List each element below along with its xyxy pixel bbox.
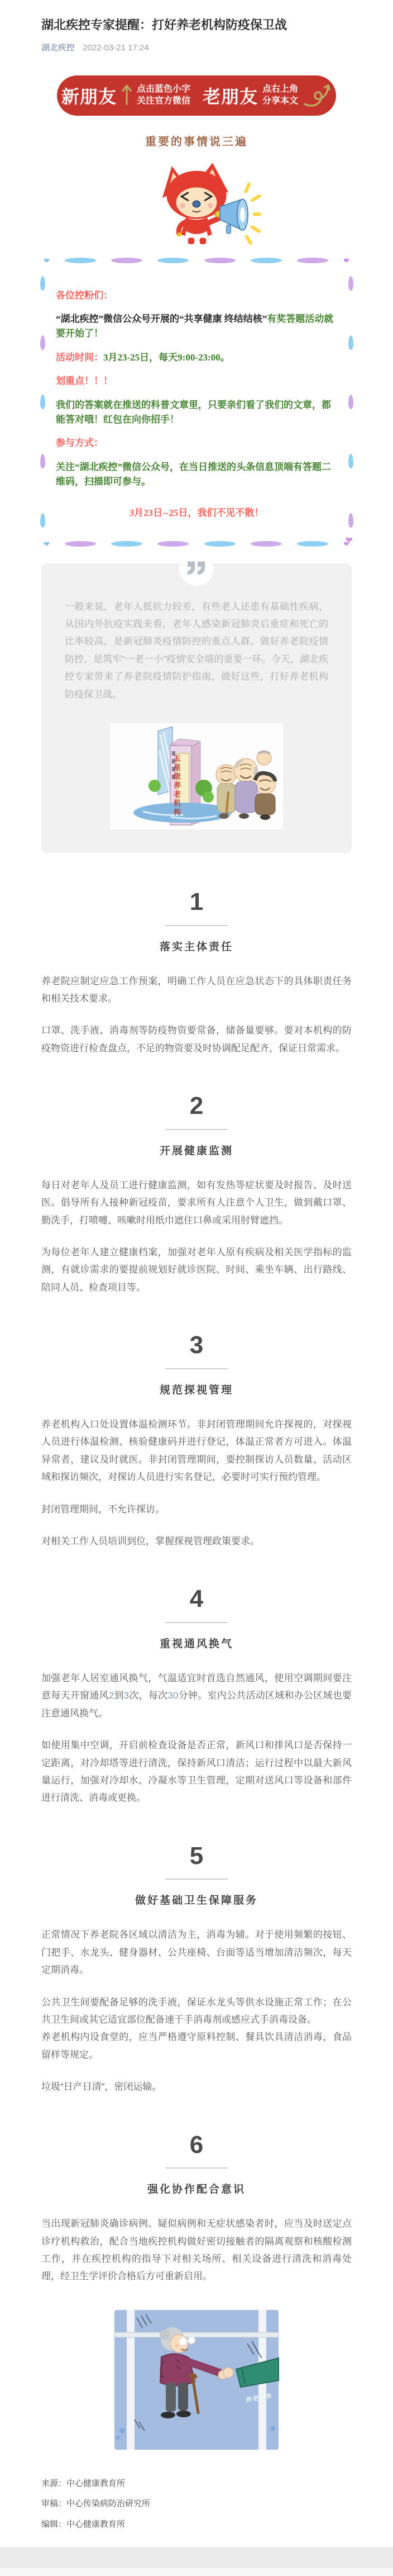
section-heading: 做好基础卫生保障服务 (0, 1892, 393, 1907)
section-6: 6 强化协作配合意识 当出现新冠肺炎确诊病例、疑似病例和无症状感染者时，应当及时… (0, 2132, 393, 2285)
article-meta: 湖北疾控 2022-03-21 17:24 (41, 41, 352, 53)
section-divider (165, 2167, 228, 2169)
up-arrow-icon (121, 82, 132, 109)
publish-date: 2022-03-21 17:24 (83, 43, 148, 53)
announcement-greeting: 各位控粉们： (56, 288, 337, 303)
credit-editor: 编辑：中心健康教育所 (41, 2517, 352, 2533)
banner-new-tip: 点击蓝色小字 关注官方微信 (137, 84, 190, 107)
border-decoration-bottom: ❤ ❤ (44, 540, 349, 548)
follow-banner[interactable]: 新朋友 点击蓝色小字 关注官方微信 老朋友 点右上角 分享本文 (57, 75, 336, 116)
section-number: 3 (0, 1332, 393, 1359)
share-swirl-arrow-icon (303, 79, 332, 111)
section-heading: 落实主体责任 (0, 938, 393, 953)
paragraph: 当出现新冠肺炎确诊病例、疑似病例和无症状感染者时，应当及时送定点诊疗机构救治，配… (41, 2215, 352, 2285)
fox-megaphone-illustration (132, 151, 261, 245)
quote-block: 一般来说，老年人抵抗力较差，有些老人还患有基础性疾病，从国内外抗疫实践来看，老年… (0, 563, 393, 853)
banner-old-tip: 点右上角 分享本文 (262, 84, 298, 107)
section-number: 2 (0, 1093, 393, 1119)
article-page: 湖北疾控专家提醒：打好养老机构防疫保卫战 湖北疾控 2022-03-21 17:… (0, 0, 393, 2576)
quote-box: 一般来说，老年人抵抗力较差，有些老人还患有基础性疾病，从国内外抗疫实践来看，老年… (41, 563, 352, 853)
section-5: 5 做好基础卫生保障服务 正常情况下养老院各区域以清洁为主，消毒为辅。对于使用频… (0, 1843, 393, 2096)
elder-service-illustration: 养老服务 (110, 2310, 283, 2452)
paragraph: 如使用集中空调，开启前检查设备是否正常，新风口和排风口是否保持一定距离，对冷却塔… (41, 1737, 352, 1807)
credit-source: 来源：中心健康教育所 (41, 2476, 352, 2492)
credit-review: 审稿：中心传染病防治研究所 (41, 2496, 352, 2512)
nursing-home-sign-text: 五星级养老机构 (171, 755, 181, 820)
page-title: 湖北疾控专家提醒：打好养老机构防疫保卫战 (41, 17, 352, 34)
section-divider (165, 1129, 228, 1130)
section-heading: 开展健康监测 (0, 1142, 393, 1157)
paragraph: 养老院应制定应急工作预案，明确工作人员在应急状态下的具体职责任务和相关技术要求。 (41, 972, 352, 1008)
section-heading: 重视通风换气 (0, 1635, 393, 1650)
paragraph: 养老机构入口处设置体温检测环节。非封闭管理期间允许探视的，对探视人员进行体温检测… (41, 1416, 352, 1486)
section-divider (165, 925, 228, 926)
section-heading: 强化协作配合意识 (0, 2181, 393, 2196)
paragraph: 每日对老年人及员工进行健康监测，如有发热等症状要及时报告、及时送医。倡导所有人接… (41, 1176, 352, 1229)
announcement-intro: “湖北疾控”微信公众号开展的“共享健康 终结结核”有奖答题活动就要开始了！ (56, 312, 337, 341)
announcement-participate: 关注“湖北疾控”微信公众号，在当日推送的头条信息顶端有答题二维码，扫描即可参与。 (56, 460, 337, 490)
section-heading: 规范探视管理 (0, 1382, 393, 1397)
account-link[interactable]: 湖北疾控 (41, 43, 75, 53)
paragraph: 正常情况下养老院各区域以清洁为主，消毒为辅。对于使用频繁的按钮、门把手、水龙头、… (41, 1926, 352, 1979)
section-4: 4 重视通风换气 加强老年人居室通风换气，气温适宜时首选自然通风，使用空调期间要… (0, 1586, 393, 1806)
border-decoration-right (347, 276, 354, 528)
quote-icon (179, 551, 214, 586)
paragraph: 对相关工作人员培训到位，掌握探视管理政策要求。 (41, 1533, 352, 1550)
banner-new-friends-label: 新朋友 (61, 83, 117, 108)
bottom-gray-band (0, 2547, 393, 2568)
quote-text: 一般来说，老年人抵抗力较差，有些老人还患有基础性疾病，从国内外抗疫实践来看，老年… (65, 598, 328, 704)
mascot-caption: 重要的事情说三遍 (0, 132, 393, 149)
section-1: 1 落实主体责任 养老院应制定应急工作预案，明确工作人员在应急状态下的具体职责任… (0, 889, 393, 1057)
section-number: 1 (0, 889, 393, 915)
section-2: 2 开展健康监测 每日对老年人及员工进行健康监测，如有发热等症状要及时报告、及时… (0, 1093, 393, 1296)
section-number: 5 (0, 1843, 393, 1870)
article-header: 湖北疾控专家提醒：打好养老机构防疫保卫战 湖北疾控 2022-03-21 17:… (41, 0, 352, 53)
article-footer: 来源：中心健康教育所 审稿：中心传染病防治研究所 编辑：中心健康教育所 (41, 2476, 352, 2533)
bottom-light-band (0, 2568, 393, 2576)
section-number: 4 (0, 1586, 393, 1612)
paragraph: 封闭管理期间，不允许探访。 (41, 1501, 352, 1518)
border-decoration-left (39, 276, 46, 528)
activity-announcement-box: ❤ ❤ ❤ (41, 259, 352, 544)
paragraph: 加强老年人居室通风换气，气温适宜时首选自然通风，使用空调期间要注意每天开窗通风2… (41, 1669, 352, 1722)
corner-heart-decoration: ❤ (346, 537, 353, 545)
paragraph: 为每位老年人建立健康档案，加强对老年人原有疾病及相关医学指标的监测，有就诊需求的… (41, 1244, 352, 1296)
announcement-highlight: 划重点！！！ (56, 374, 337, 388)
paragraph: 公共卫生间要配备足够的洗手液，保证水龙头等供水设施正常工作；在公共卫生间或其它适… (41, 1994, 352, 2029)
section-3: 3 规范探视管理 养老机构入口处设置体温检测环节。非封闭管理期间允许探视的，对探… (0, 1332, 393, 1550)
paragraph: 垃圾“日产日清”，密闭运输。 (41, 2078, 352, 2095)
section-number: 6 (0, 2132, 393, 2158)
paragraph: 口罩、洗手液、消毒剂等防疫物资要常备，储备量要够。要对本机构的防疫物资进行检查盘… (41, 1022, 352, 1057)
section-divider (165, 1878, 228, 1880)
paragraph: 养老机构内设食堂的，应当严格遵守原料控制、餐具饮具清洁消毒，食品留样等规定。 (41, 2028, 352, 2063)
nursing-home-illustration: 五星级养老机构 (110, 723, 283, 829)
section-divider (165, 1622, 228, 1623)
mascot-image: 重要的事情说三遍 (0, 132, 393, 245)
announcement-time: 活动时间：3月23-25日，每天9:00-23:00。 (56, 350, 337, 365)
announcement-how-to: 参与方式： (56, 436, 337, 450)
border-decoration-top: ❤ ❤ (44, 257, 349, 264)
section-divider (165, 1368, 228, 1369)
banner-old-friends-label: 老朋友 (203, 83, 258, 108)
announcement-closing: 3月23日--25日，我们不见不散！ (56, 506, 337, 520)
announcement-answer-tip: 我们的答案就在推送的科普文章里，只要亲们看了我们的文章，都能答对哦！红包在向你招… (56, 398, 337, 428)
